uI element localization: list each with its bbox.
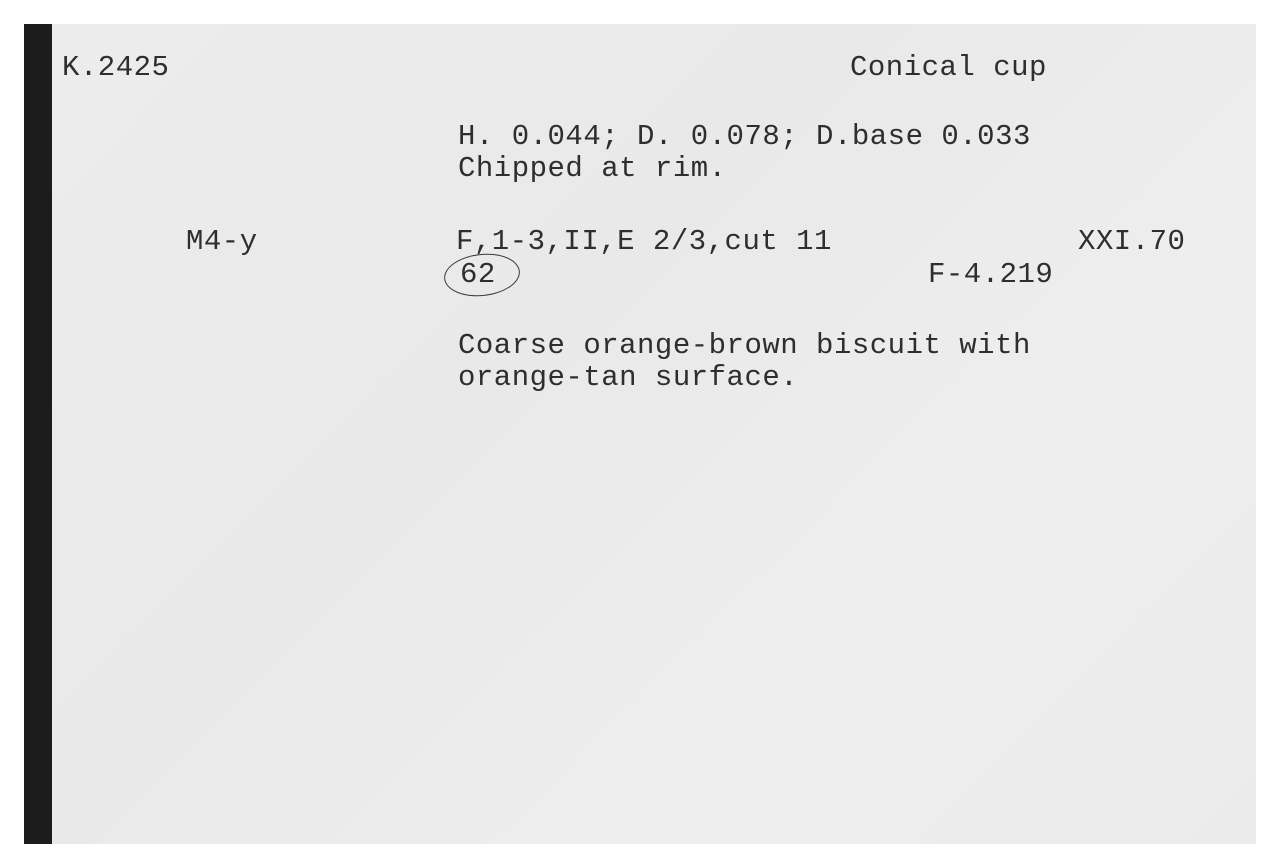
find-context: F,1-3,II,E 2/3,cut 11 <box>456 226 832 258</box>
catalog-number: K.2425 <box>62 52 169 84</box>
circled-number: 62 <box>460 259 496 291</box>
fabric-description-line2: orange-tan surface. <box>458 362 798 394</box>
inventory-reference: F-4.219 <box>928 259 1053 291</box>
condition: Chipped at rim. <box>458 153 727 185</box>
fabric-description-line1: Coarse orange-brown biscuit with <box>458 330 1031 362</box>
dimensions: H. 0.044; D. 0.078; D.base 0.033 <box>458 121 1031 153</box>
grid-location: M4-y <box>186 226 258 258</box>
object-type: Conical cup <box>850 52 1047 84</box>
plate-reference: XXI.70 <box>1078 226 1185 258</box>
